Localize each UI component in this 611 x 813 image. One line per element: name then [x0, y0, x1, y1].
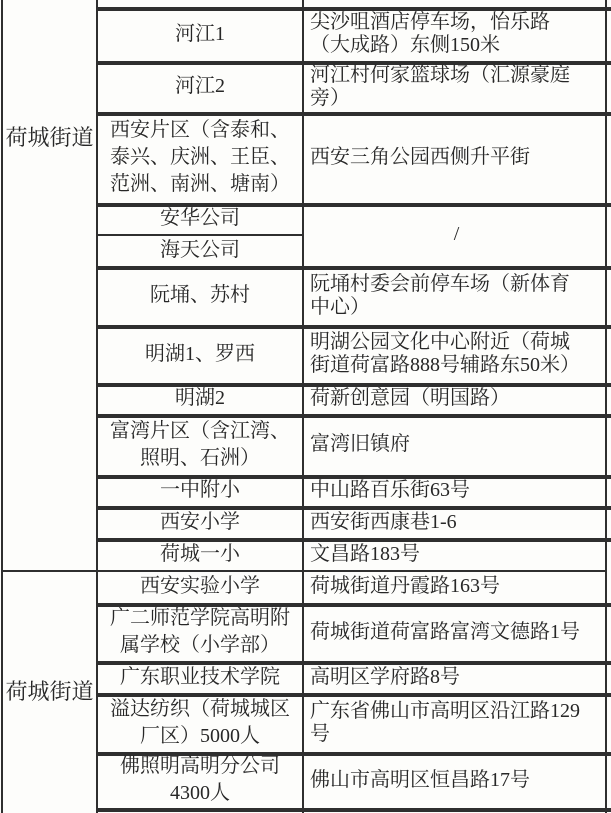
address-cell: 荷新创意园（明国路）: [304, 383, 605, 414]
address-cell: 河江村何家篮球场（汇源豪庭 旁）: [304, 61, 605, 112]
address-cell: 文昌路183号: [304, 538, 605, 570]
address-cell: 广东省佛山市高明区沿江路129 号: [304, 693, 605, 752]
area-cell: 溢达纺织（荷城城区 厂区）5000人: [98, 693, 302, 752]
area-cell: 阮埇、苏村: [98, 266, 302, 325]
area-cell: 安华公司: [98, 203, 302, 234]
address-cell: 富湾旧镇府: [304, 414, 605, 475]
address-cell: 佛山市高明区恒昌路17号: [304, 752, 605, 808]
address-cell: 荷城街道丹霞路163号: [304, 570, 605, 603]
pickup-location-table: 荷城街道 荷城街道 河江1 河江2 西安片区（含泰和、 泰兴、庆洲、王臣、 范洲…: [0, 0, 611, 813]
area-cell: 一中附小: [98, 475, 302, 506]
district-cell: 荷城街道: [3, 0, 96, 570]
address-cell: 高明区学府路8号: [304, 661, 605, 693]
area-cell: 海天公司: [98, 234, 302, 266]
grid-line: [605, 0, 607, 813]
area-cell: 西安片区（含泰和、 泰兴、庆洲、王臣、 范洲、南洲、塘南）: [98, 112, 302, 203]
area-cell: 富湾片区（含江湾、 照明、石洲）: [98, 414, 302, 475]
address-cell: 西安街西康巷1-6: [304, 506, 605, 538]
area-cell: 西安小学: [98, 506, 302, 538]
area-cell: 河江1: [98, 7, 302, 61]
area-cell: 明湖1、罗西: [98, 325, 302, 383]
address-cell: 荷城街道荷富路富湾文德路1号: [304, 603, 605, 661]
address-cell: 明湖公园文化中心附近（荷城 街道荷富路888号辅路东50米）: [304, 325, 605, 383]
area-cell: 荷城一小: [98, 538, 302, 570]
area-cell: 广东职业技术学院: [98, 661, 302, 693]
area-cell: 佛照明高明分公司 4300人: [98, 752, 302, 808]
district-cell: 荷城街道: [3, 570, 96, 813]
merged-slash-cell: /: [304, 203, 605, 266]
grid-line: [96, 808, 611, 812]
area-cell: 明湖2: [98, 383, 302, 414]
address-cell: 阮埇村委会前停车场（新体育 中心）: [304, 266, 605, 325]
area-cell: 河江2: [98, 61, 302, 112]
address-cell: 西安三角公园西侧升平街: [304, 112, 605, 203]
area-cell: 广二师范学院高明附 属学校（小学部）: [98, 603, 302, 661]
address-cell: 中山路百乐街63号: [304, 475, 605, 506]
area-cell: 西安实验小学: [98, 570, 302, 603]
address-cell: 尖沙咀酒店停车场，怡乐路 （大成路）东侧150米: [304, 7, 605, 61]
